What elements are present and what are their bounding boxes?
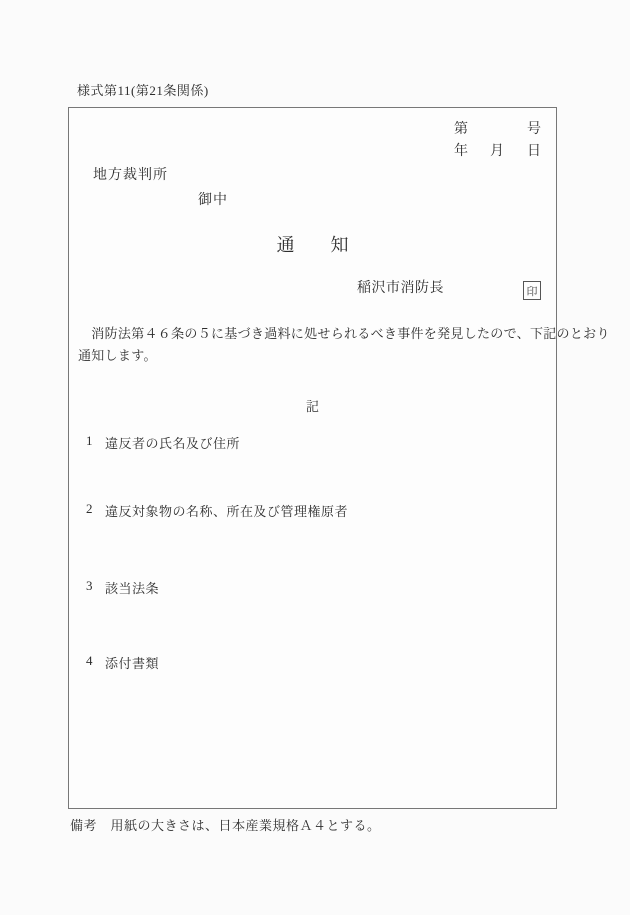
body-paragraph: 消防法第４６条の５に基づき過料に処せられるべき事件を発見したので、下記のとおり … (78, 323, 550, 367)
footer-note: 備考 用紙の大きさは、日本産業規格Ａ４とする。 (70, 815, 381, 834)
record-item: 3 該当法条 (86, 578, 159, 597)
doc-number-prefix-label: 第 (454, 118, 468, 138)
form-label: 様式第11(第21条関係) (77, 80, 209, 99)
record-heading: 記 (69, 396, 556, 415)
body-line: 通知します。 (78, 345, 550, 367)
item-number: 2 (86, 501, 105, 520)
doc-number-suffix-label: 号 (527, 118, 541, 138)
record-item: 2 違反対象物の名称、所在及び管理権原者 (86, 501, 348, 520)
addressee-honorific: 御中 (198, 189, 228, 209)
item-label: 違反対象物の名称、所在及び管理権原者 (105, 501, 348, 520)
date-day-label: 日 (527, 140, 541, 160)
record-item: 1 違反者の氏名及び住所 (86, 433, 240, 452)
body-line: 消防法第４６条の５に基づき過料に処せられるべき事件を発見したので、下記のとおり (78, 323, 550, 345)
document-page: 様式第11(第21条関係) 第 号 年 月 日 地方裁判所 御中 通 知 稲沢市… (0, 0, 630, 915)
item-label: 違反者の氏名及び住所 (105, 433, 240, 452)
item-number: 4 (86, 653, 105, 672)
document-frame: 第 号 年 月 日 地方裁判所 御中 通 知 稲沢市消防長 印 消防法第４６条の… (68, 107, 557, 809)
document-title: 通 知 (69, 231, 556, 257)
sender-name: 稲沢市消防長 (357, 277, 444, 297)
item-number: 3 (86, 578, 105, 597)
item-label: 添付書類 (105, 653, 159, 672)
addressee-court: 地方裁判所 (93, 164, 168, 184)
seal-icon: 印 (523, 281, 541, 300)
item-number: 1 (86, 433, 105, 452)
record-item: 4 添付書類 (86, 653, 159, 672)
date-year-label: 年 (454, 140, 468, 160)
seal-character: 印 (527, 283, 538, 299)
date-month-label: 月 (490, 140, 504, 160)
item-label: 該当法条 (105, 578, 159, 597)
